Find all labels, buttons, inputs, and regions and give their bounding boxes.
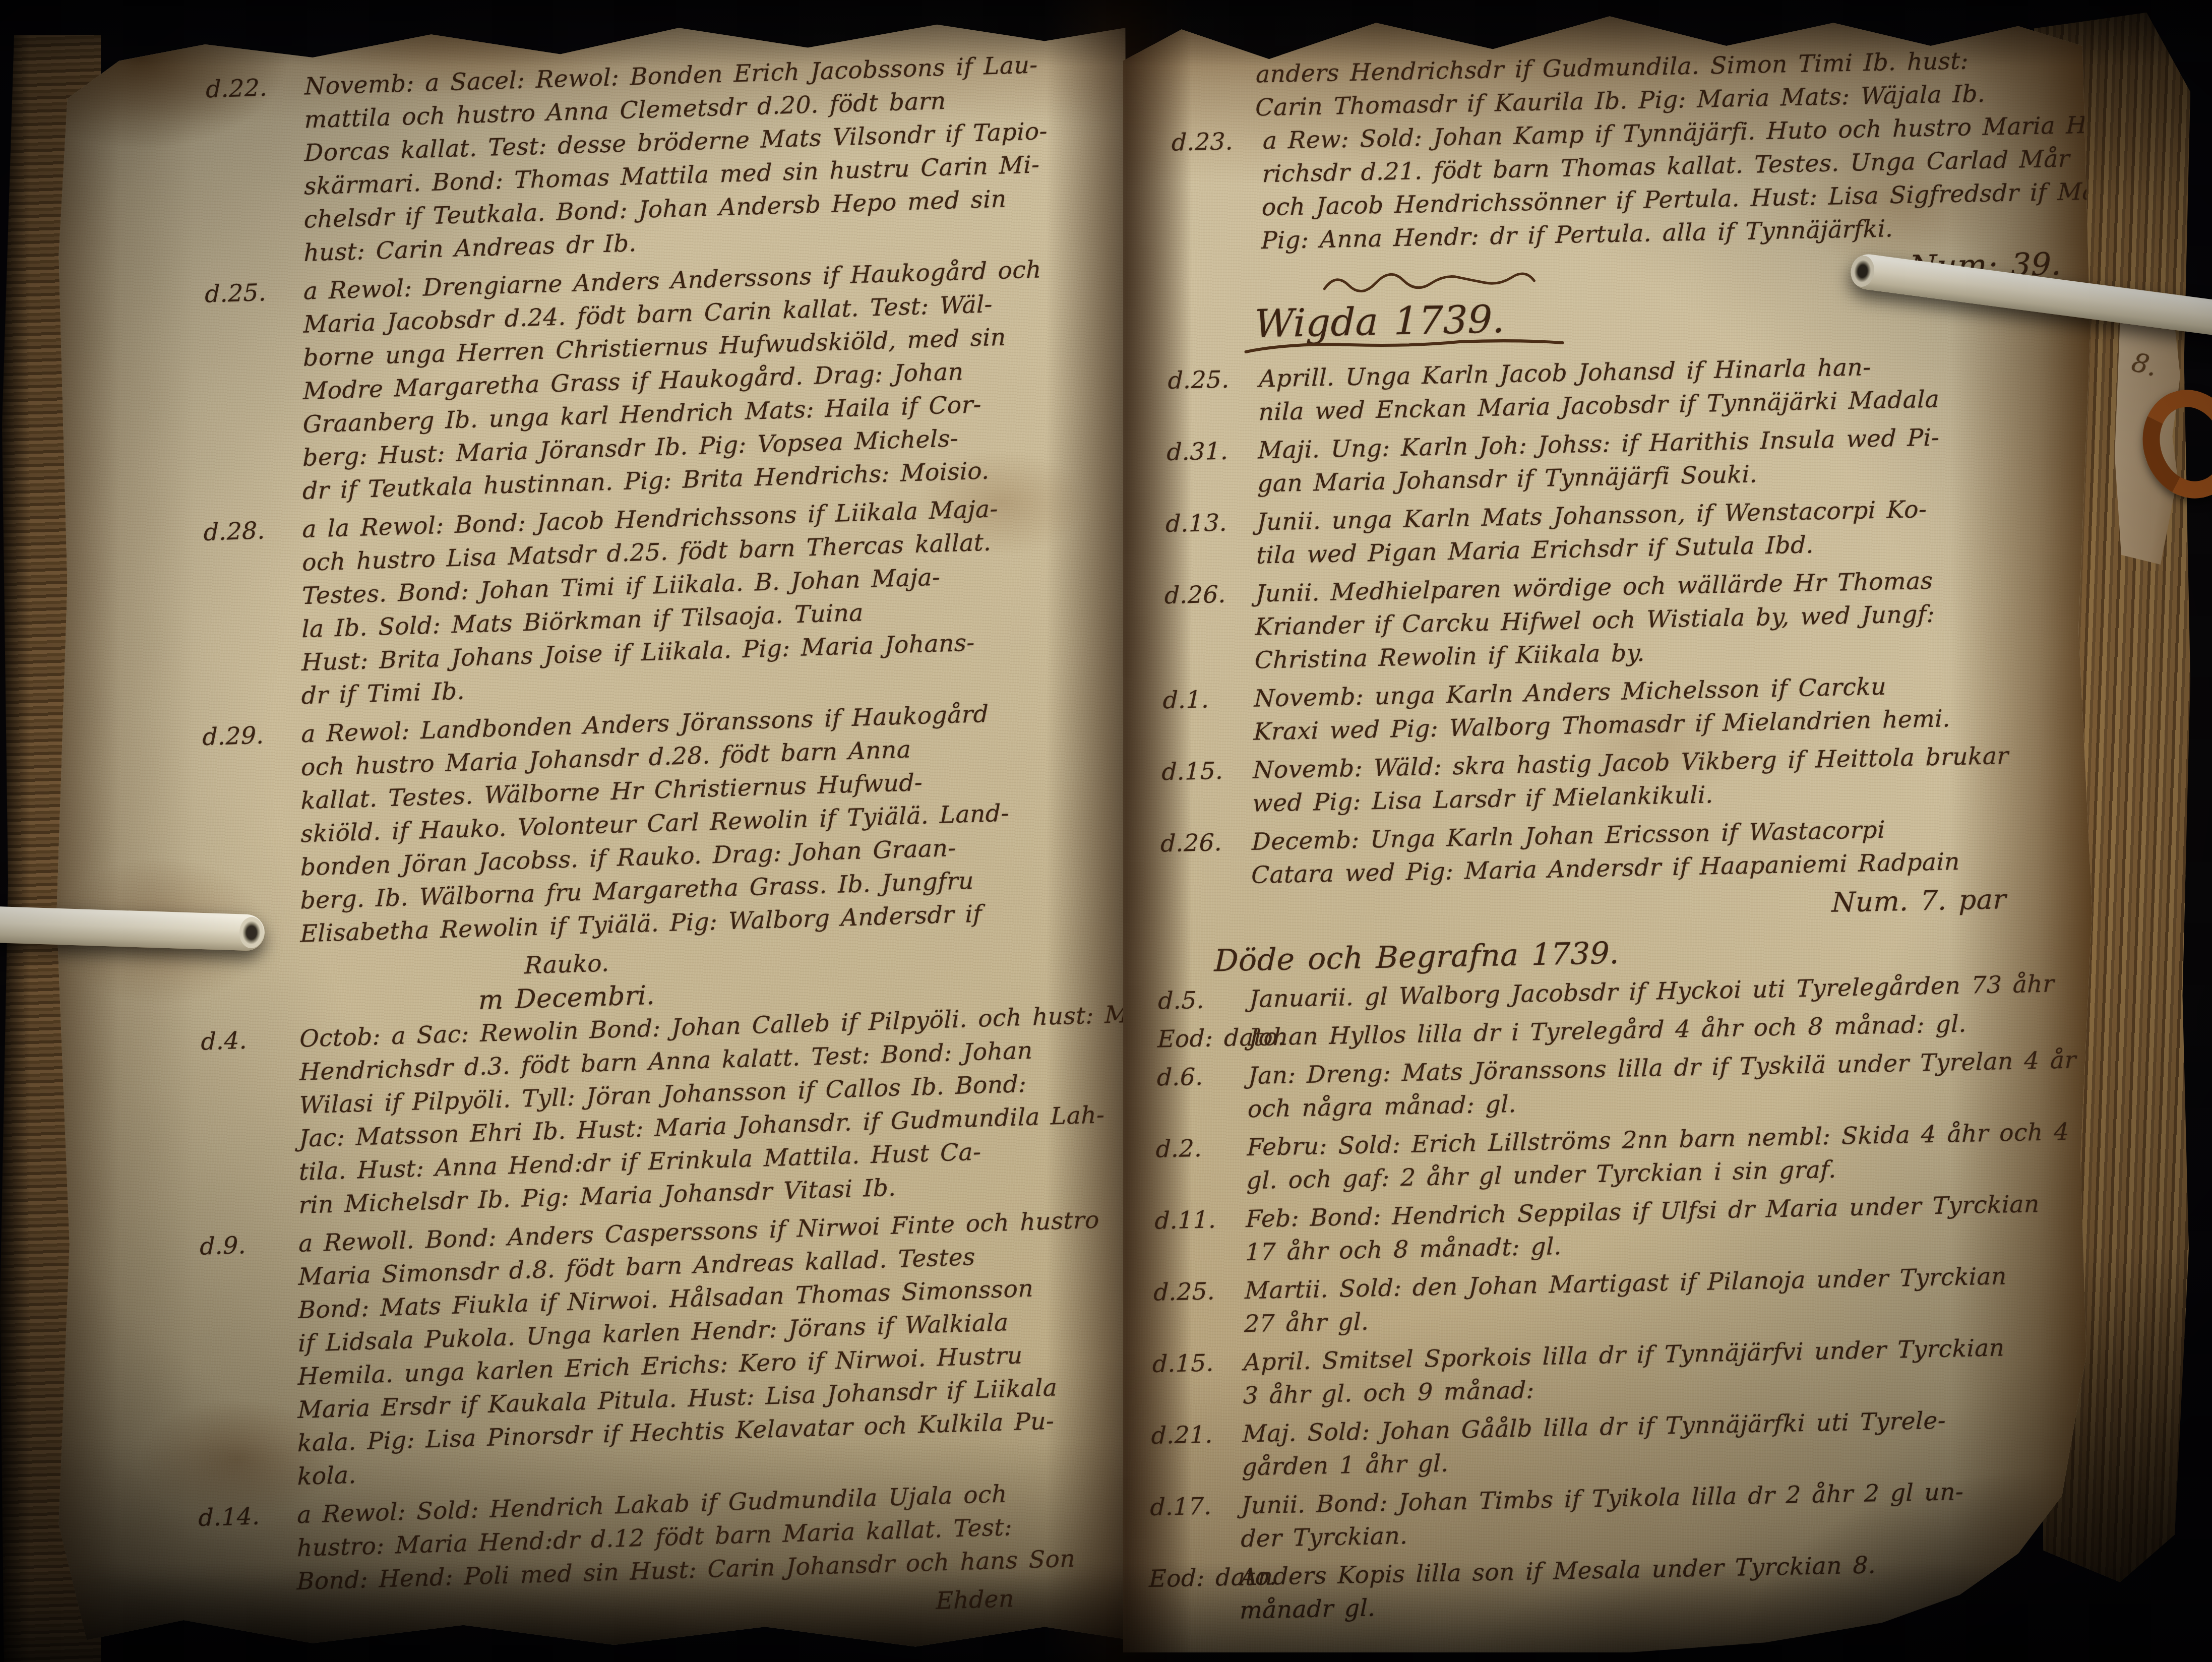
entry-body: a Rew: Sold: Johan Kamp if Tynnäjärfi. H… [1261, 108, 2144, 258]
entry-body: Jan: Dreng: Mats Jöranssons lilla dr if … [1247, 1044, 2076, 1127]
entry-body: Novemb: unga Karln Anders Michelsson if … [1253, 666, 2075, 749]
register-entry: d.25. a Rewol: Drengiarne Anders Anderss… [204, 252, 1097, 511]
entry-date: d.22. [205, 71, 301, 273]
entry-body: a la Rewol: Bond: Jacob Hendrichssons if… [301, 489, 1095, 713]
entry-body: Aprill. Unga Karln Jacob Johansd if Hina… [1258, 347, 2080, 429]
entry-body: a Rewol: Landbonden Anders Jöranssons if… [300, 695, 1094, 951]
entry-date: d.25. [204, 275, 300, 511]
register-entry: Eod: dato. Anders Kopis lilla son if Mes… [1148, 1545, 2062, 1629]
register-entry: d.31. Maji. Ung: Karln Joh: Johss: if Ha… [1166, 418, 2079, 503]
entry-body: Febru: Sold: Erich Lillströms 2nn barn n… [1246, 1114, 2163, 1198]
entry-body: a Rewol: Sold: Hendrich Lakab if Gudmund… [297, 1475, 1090, 1599]
register-entry: d.21. Maj. Sold: Johan Gåålb lilla dr if… [1150, 1402, 2064, 1486]
register-entry: d.22. Novemb: a Sacel: Rewol: Bonden Eri… [205, 47, 1097, 273]
entry-body: Maj. Sold: Johan Gåålb lilla dr if Tynnä… [1242, 1402, 2064, 1484]
entry-body: Anders Kopis lilla son if Mesala under T… [1240, 1545, 2062, 1627]
book-gutter-shadow [1046, 0, 1192, 1662]
register-entry: d.25. Aprill. Unga Karln Jacob Johansd i… [1167, 347, 2080, 431]
right-page: anders Hendrichsdr if Gudmundila. Simon … [1123, 3, 2096, 1652]
entry-body: Novemb: a Sacel: Rewol: Bonden Erich Jac… [303, 47, 1097, 270]
entry-body: Maji. Ung: Karln Joh: Johss: if Harithis… [1257, 418, 2079, 501]
marriage-entries: d.25. Aprill. Unga Karln Jacob Johansd i… [1160, 347, 2080, 894]
register-entry: d.13. Junii. unga Karln Mats Johansson, … [1165, 490, 2078, 574]
register-entry: d.4. Octob: a Sac: Rewolin Bond: Johan C… [200, 999, 1093, 1225]
register-entry: d.6. Jan: Dreng: Mats Jöranssons lilla d… [1156, 1044, 2069, 1128]
register-entry: d.28. a la Rewol: Bond: Jacob Hendrichss… [203, 489, 1095, 716]
register-entry: d.23. a Rew: Sold: Johan Kamp if Tynnäjä… [1170, 109, 2084, 260]
register-entry: d.9. a Rewoll. Bond: Anders Casperssons … [199, 1204, 1092, 1497]
baptism-entries-top: d.22. Novemb: a Sacel: Rewol: Bonden Eri… [201, 47, 1097, 954]
entry-body: Junii. Medhielparen wördige och wällärde… [1254, 562, 2077, 677]
entry-body: Martii. Sold: den Johan Martigast if Pil… [1244, 1259, 2066, 1341]
register-entry: d.2. Febru: Sold: Erich Lillströms 2nn b… [1155, 1116, 2068, 1200]
pen-squiggle [1320, 268, 1538, 295]
entry-date: d.14. [198, 1499, 294, 1602]
entry-body: Feb: Bond: Hendrich Seppilas if Ulfsi dr… [1245, 1187, 2067, 1269]
entry-body: Junii. unga Karln Mats Johansson, if Wen… [1256, 490, 2078, 572]
register-entry: d.1. Novemb: unga Karln Anders Michelsso… [1162, 666, 2075, 751]
register-entry: d.15. Novemb: Wäld: skra hastig Jacob Vi… [1161, 738, 2074, 823]
register-entry: d.15. April. Smitsel Sporkois lilla dr i… [1151, 1330, 2065, 1414]
register-entry: d.11. Feb: Bond: Hendrich Seppilas if Ul… [1154, 1187, 2067, 1271]
entry-body: Novemb: Wäld: skra hastig Jacob Vikberg … [1252, 738, 2074, 821]
left-page: d.22. Novemb: a Sacel: Rewol: Bonden Eri… [54, 8, 1131, 1656]
entry-body: a Rewoll. Bond: Anders Casperssons if Ni… [297, 1204, 1099, 1494]
death-entries: d.5. Januarii. gl Walborg Jacobsdr if Hy… [1148, 967, 2071, 1629]
entry-date: d.4. [200, 1023, 297, 1225]
register-entry: d.29. a Rewol: Landbonden Anders Jöranss… [201, 695, 1094, 954]
entry-date: d.9. [199, 1227, 296, 1497]
entry-body: Decemb: Unga Karln Johan Ericsson if Was… [1251, 810, 2073, 892]
entry-date: d.28. [203, 513, 299, 716]
parish-register-photograph: 8. d.22. Novemb: a Sacel: Rewol: Bonden … [0, 0, 2212, 1662]
register-entry: d.17. Junii. Bond: Johan Timbs if Tyikol… [1149, 1473, 2063, 1558]
register-entry: d.26. Decemb: Unga Karln Johan Ericsson … [1160, 810, 2073, 894]
register-entry: d.26. Junii. Medhielparen wördige och wä… [1163, 562, 2077, 679]
entry-body: Octob: a Sac: Rewolin Bond: Johan Calleb… [298, 997, 1171, 1222]
baptism-entries-bottom: d.4. Octob: a Sac: Rewolin Bond: Johan C… [198, 999, 1093, 1602]
entry-body: Junii. Bond: Johan Timbs if Tyikola lill… [1241, 1473, 2063, 1556]
baptism-entries-right: d.23. a Rew: Sold: Johan Kamp if Tynnäjä… [1170, 109, 2084, 260]
entry-body: a Rewol: Drengiarne Anders Anderssons if… [302, 252, 1097, 508]
left-page-text: d.22. Novemb: a Sacel: Rewol: Bonden Eri… [198, 47, 1097, 1640]
register-entry: d.25. Martii. Sold: den Johan Martigast … [1153, 1259, 2066, 1343]
register-entry: d.14. a Rewol: Sold: Hendrich Lakab if G… [198, 1475, 1090, 1602]
edge-mark: 8. [2128, 347, 2161, 383]
entry-body: April. Smitsel Sporkois lilla dr if Tynn… [1243, 1330, 2065, 1412]
